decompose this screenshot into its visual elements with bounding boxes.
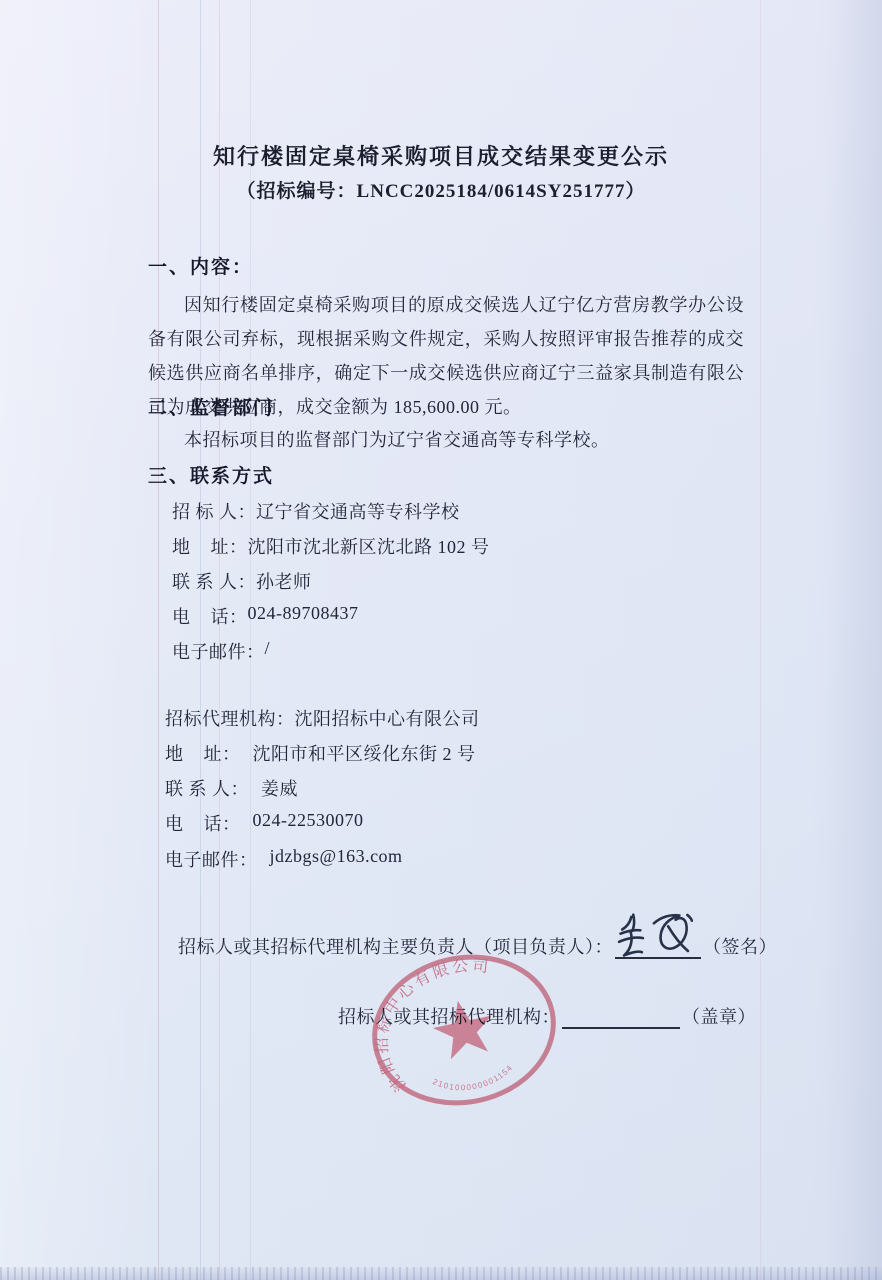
seal-field (562, 1007, 680, 1029)
contact-value: / (265, 638, 271, 664)
contact-label: 招标代理机构： (165, 705, 295, 731)
document-title: 知行楼固定桌椅采购项目成交结果变更公示 (0, 140, 882, 171)
contact-value: 沈阳市和平区绥化东街 2 号 (241, 740, 476, 766)
contact-value: 024-89708437 (248, 603, 359, 629)
contact-row-bidder-address: 地 址： 沈阳市沈北新区沈北路 102 号 (172, 533, 490, 559)
contact-label: 电 话： (165, 810, 241, 836)
contact-label: 地 址： (172, 533, 248, 559)
contact-label: 联 系 人： (172, 568, 256, 594)
contact-value: 姜威 (249, 775, 298, 801)
seal-line: 招标人或其招标代理机构： （盖章） (338, 1003, 756, 1029)
signature-field (615, 937, 701, 959)
seal-suffix: （盖章） (682, 1003, 756, 1029)
seal-line-label: 招标人或其招标代理机构： (338, 1003, 560, 1029)
seal-code-text: 210100000001154 (430, 1060, 518, 1099)
contact-label: 电 话： (172, 603, 248, 629)
contact-row-agency-email: 电子邮件： jdzbgs@163.com (165, 846, 403, 872)
contact-row-bidder-email: 电子邮件： / (172, 638, 270, 664)
section-2-body: 本招标项目的监督部门为辽宁省交通高等专科学校。 (148, 426, 744, 452)
contact-value: 辽宁省交通高等专科学校 (256, 498, 460, 524)
section-3-heading: 三、联系方式 (148, 461, 274, 488)
contact-value: jdzbgs@163.com (258, 846, 403, 872)
contact-row-bidder-name: 招 标 人： 辽宁省交通高等专科学校 (172, 498, 460, 524)
contact-row-agency-address: 地 址： 沈阳市和平区绥化东街 2 号 (165, 740, 476, 766)
section-2-heading: 二、监督部门 (148, 393, 274, 420)
contact-value: 024-22530070 (241, 810, 364, 836)
contact-label: 联 系 人： (165, 775, 249, 801)
signature-suffix: （签名） (703, 933, 777, 959)
contact-row-bidder-person: 联 系 人： 孙老师 (172, 568, 312, 594)
contact-row-agency-phone: 电 话： 024-22530070 (165, 810, 364, 836)
contact-label: 招 标 人： (172, 498, 256, 524)
handwritten-signature (611, 909, 707, 961)
contact-row-agency-person: 联 系 人： 姜威 (165, 775, 298, 801)
svg-text:210100000001154: 210100000001154 (430, 1060, 518, 1099)
contact-label: 电子邮件： (172, 638, 265, 664)
tender-number: （招标编号：LNCC2025184/0614SY251777） (0, 176, 882, 203)
contact-label: 地 址： (165, 740, 241, 766)
company-seal-stamp: 沈阳招标中心有限公司 210100000001154 (366, 952, 562, 1112)
scanned-document-page: 知行楼固定桌椅采购项目成交结果变更公示 （招标编号：LNCC2025184/06… (0, 0, 882, 1280)
contact-row-agency-name: 招标代理机构： 沈阳招标中心有限公司 (165, 705, 480, 731)
contact-value: 沈阳市沈北新区沈北路 102 号 (248, 533, 490, 559)
scan-bottom-noise (0, 1267, 882, 1280)
contact-value: 孙老师 (256, 568, 312, 594)
contact-row-bidder-phone: 电 话： 024-89708437 (172, 603, 359, 629)
section-1-heading: 一、内容： (148, 252, 253, 279)
signature-line-label: 招标人或其招标代理机构主要负责人（项目负责人）： (178, 933, 613, 959)
contact-value: 沈阳招标中心有限公司 (295, 705, 480, 731)
signature-line: 招标人或其招标代理机构主要负责人（项目负责人）： （签名） (178, 933, 777, 959)
contact-label: 电子邮件： (165, 846, 258, 872)
